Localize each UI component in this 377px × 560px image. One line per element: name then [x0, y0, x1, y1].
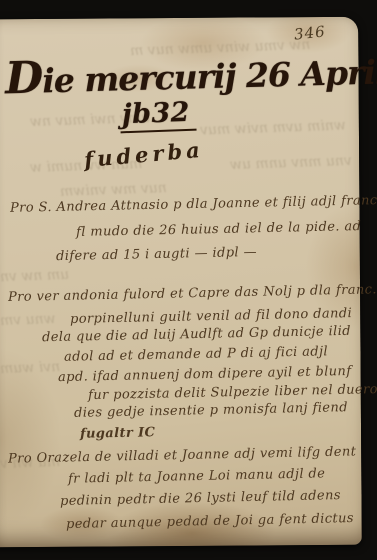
show-through-line: nvi wum: [0, 359, 60, 377]
folio-number: 346: [293, 22, 326, 43]
manuscript-line: fl mudo die 26 huius ad iel de la pide. …: [76, 219, 362, 240]
manuscript-line: dies gedje insentie p monisfa lanj fiend: [74, 400, 348, 421]
show-through-line: vnu mnv unm uw: [230, 153, 352, 173]
manuscript-line: apd. ifad annuenj dom dipere ayil et blu…: [58, 364, 352, 385]
manuscript-line: difere ad 15 i augti — idpl —: [56, 245, 257, 264]
manuscript-line: pedar aunque pedad de Joi ga fent dictus: [66, 511, 354, 532]
manuscript-line: Pro ver andonia fulord et Capre das Nolj…: [8, 282, 377, 305]
manuscript-line: dela que die ad luij Audlft ad Gp dunicj…: [42, 324, 351, 345]
date-heading: Die mercurij 26 Aprilis: [4, 43, 377, 105]
manuscript-line: fr ladi plt ta Joanne Loi manu adjl de: [68, 466, 326, 486]
manuscript-scan: nw vmu winv umw nuv m umv nwi muv nw wni…: [0, 0, 377, 560]
manuscript-line: pedinin pedtr die 26 lysti leuf tild ade…: [60, 488, 341, 509]
show-through-line: um nw vn: [0, 267, 69, 285]
manuscript-line: fugaltr IC: [80, 425, 156, 442]
manuscript-line: Pro Orazela de villadi et Joanne adj vem…: [8, 444, 357, 466]
show-through-line: wnu vm: [0, 311, 56, 329]
year-heading: jb32: [119, 97, 196, 134]
show-through-line: wnim uvm nviw muv: [200, 117, 346, 138]
subheading-word: fuderba: [83, 137, 204, 172]
manuscript-line: adol ad et demande ad P di aj fici adjl: [64, 344, 328, 365]
text-layer: nw vmu winv umw nuv m umv nwi muv nw wni…: [0, 0, 377, 560]
